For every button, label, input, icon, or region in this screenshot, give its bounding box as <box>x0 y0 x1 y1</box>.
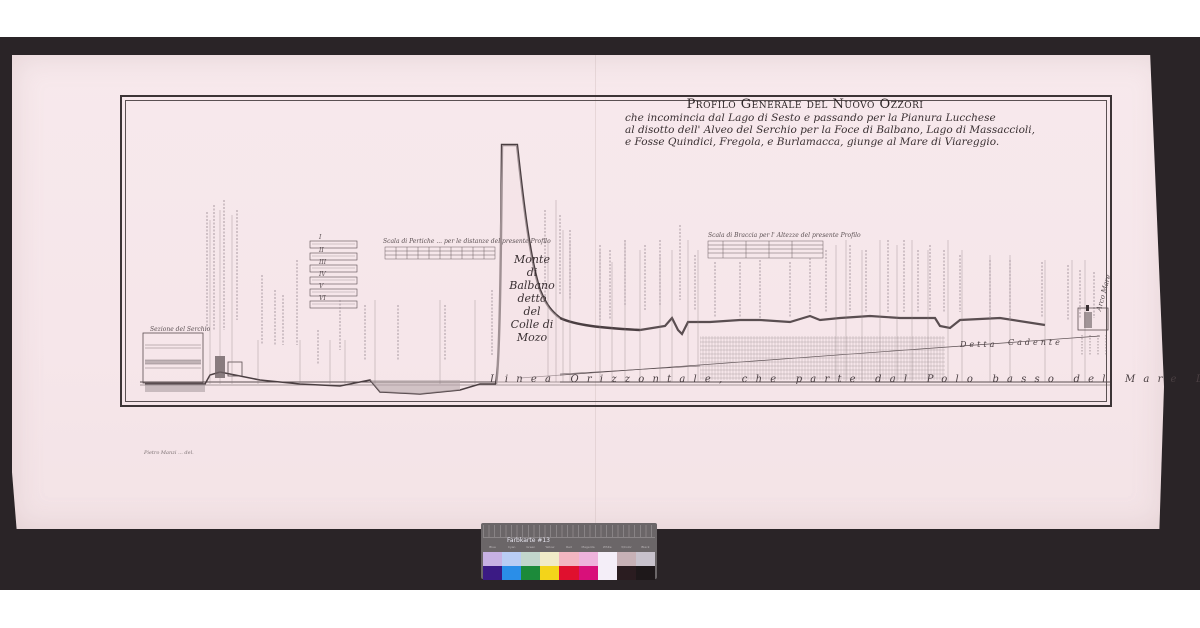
section-label: I <box>319 234 321 241</box>
swatch-label: Blue <box>483 545 502 551</box>
section-label: VI <box>319 295 326 302</box>
terrain-profile-line <box>640 316 1045 334</box>
swatch-label: Red <box>559 545 578 551</box>
swatch <box>559 566 578 580</box>
checker-swatch-labels: Blue Cyan Green Yellow Red Magenta White… <box>483 545 655 551</box>
section-label: III <box>319 259 326 266</box>
section-label: IV <box>319 271 326 278</box>
swatch <box>579 566 598 580</box>
section-label: II <box>319 247 324 254</box>
swatch <box>559 552 578 566</box>
monte-balbano-label: Monte di Balbano detto del Colle di Mozo <box>507 253 557 344</box>
checker-top-row <box>483 552 655 566</box>
swatch <box>502 552 521 566</box>
monte-label-line: Monte <box>507 253 557 266</box>
swatch <box>636 566 655 580</box>
swatch <box>521 566 540 580</box>
monte-label-line: Balbano <box>507 279 557 292</box>
monte-label-word: Colle <box>511 318 540 331</box>
distance-scale-caption: Scala di Pertiche ... per le distanze de… <box>383 238 551 245</box>
swatch-label: Yellow <box>540 545 559 551</box>
monte-label-line: Mozo <box>507 331 557 344</box>
distance-scale-left <box>385 247 495 259</box>
title-subline-3: e Fosse Quindici, Fregola, e Burlamacca,… <box>625 136 985 148</box>
swatch <box>483 566 502 580</box>
color-checker-card: Farbkarte #13 Blue Cyan Green Yellow Red… <box>481 523 657 579</box>
title-subline-2: al disotto dell' Alveo del Serchio per l… <box>625 124 985 136</box>
monte-label-line: del <box>507 305 557 318</box>
swatch <box>617 566 636 580</box>
height-scale-right <box>708 241 823 258</box>
swatch-label: Cyan <box>502 545 521 551</box>
swatch <box>540 566 559 580</box>
swatch <box>521 552 540 566</box>
serchio-section-inset <box>143 333 203 383</box>
section-label: V <box>319 283 323 290</box>
document-title: Profilo Generale del Nuovo Ozzori <box>625 99 985 111</box>
monte-label-line: di <box>507 266 557 279</box>
swatch-label: Magenta <box>579 545 598 551</box>
horizontal-line-label: Linea Orizzontale, che parte dal Polo ba… <box>490 374 1200 385</box>
arco-mare-inset <box>1078 308 1108 330</box>
engraver-signature: Pietro Manzi ... del. <box>144 450 194 456</box>
swatch-label: Green <box>521 545 540 551</box>
serchio-inset-caption: Sezione del Serchio <box>150 326 210 333</box>
swatch-label: 3/Color <box>617 545 636 551</box>
swatch <box>617 552 636 566</box>
checker-bottom-row <box>483 566 655 580</box>
checker-name: Farbkarte #13 <box>507 537 550 544</box>
swatch <box>502 566 521 580</box>
swatch <box>483 552 502 566</box>
height-scale-caption: Scala di Braccia per l' Altezze del pres… <box>708 232 861 239</box>
monte-label-word: di <box>543 318 554 331</box>
monte-label-line: detto <box>507 292 557 305</box>
swatch-label: Black <box>636 545 655 551</box>
swatch <box>598 552 617 566</box>
swatch-label: White <box>598 545 617 551</box>
swatch <box>540 552 559 566</box>
swatch <box>636 552 655 566</box>
bridge-sections-stack <box>310 241 357 308</box>
detta-label: Detta <box>960 340 997 349</box>
cadente-label: Cadente <box>1008 338 1063 347</box>
title-block: Profilo Generale del Nuovo Ozzori che in… <box>625 99 985 148</box>
title-subline-1: che incomincia dal Lago di Sesto e passa… <box>625 112 985 124</box>
swatch <box>598 566 617 580</box>
swatch <box>579 552 598 566</box>
